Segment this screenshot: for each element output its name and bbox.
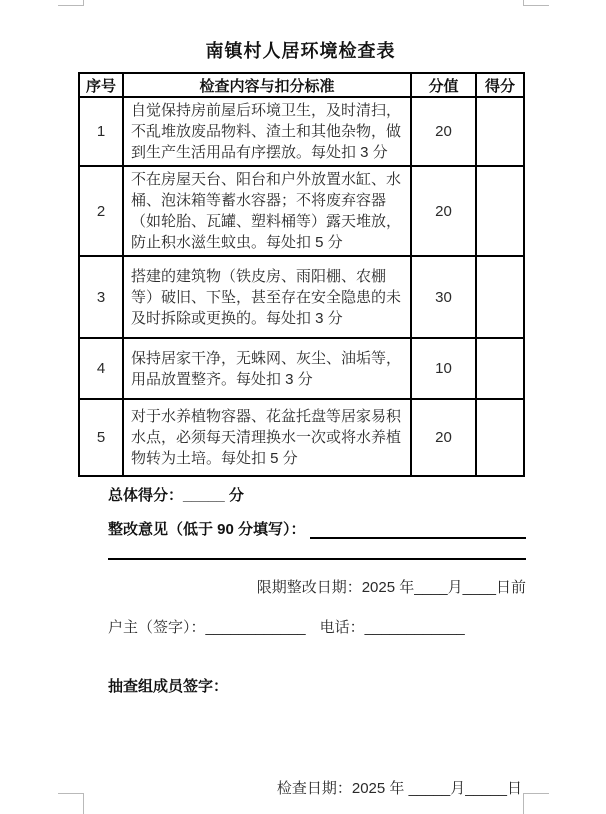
- earned-score-cell: [476, 166, 524, 256]
- overall-score-unit: 分: [225, 487, 244, 504]
- row-number-cell: 1: [79, 97, 123, 166]
- householder-line: 户主（签字）：____________电话：____________: [108, 616, 526, 637]
- header-content: 检查内容与扣分标准: [123, 73, 411, 97]
- crop-mark-top-right: [523, 0, 549, 6]
- criteria-cell: 保持居家干净，无蛛网、灰尘、油垢等，用品放置整齐。每处扣 3 分: [123, 338, 411, 399]
- table-row: 5 对于水养植物容器、花盆托盘等居家易积水点，必须每天清理换水一次或将水养植物转…: [79, 399, 524, 476]
- deadline-line: 限期整改日期：2025 年____月____日前: [108, 576, 526, 597]
- overall-score-line: 总体得分：_____ 分: [108, 484, 526, 505]
- rectification-blank-line-2: [108, 558, 526, 560]
- score-cell: 10: [411, 338, 476, 399]
- inspection-table: 序号 检查内容与扣分标准 分值 得分 1 自觉保持房前屋后环境卫生，及时清扫，不…: [78, 72, 525, 477]
- table-row: 3 搭建的建筑物（铁皮房、雨阳棚、农棚等）破旧、下坠，甚至存在安全隐患的未及时拆…: [79, 256, 524, 338]
- header-score: 分值: [411, 73, 476, 97]
- row-number-cell: 4: [79, 338, 123, 399]
- crop-mark-bottom-left: [58, 793, 84, 814]
- header-no: 序号: [79, 73, 123, 97]
- earned-score-cell: [476, 256, 524, 338]
- criteria-cell: 搭建的建筑物（铁皮房、雨阳棚、农棚等）破旧、下坠，甚至存在安全隐患的未及时拆除或…: [123, 256, 411, 338]
- crop-mark-bottom-right: [523, 793, 549, 814]
- phone-label: 电话：: [320, 619, 365, 636]
- page-title: 南镇村人居环境检查表: [78, 37, 523, 63]
- table-row: 2 不在房屋天台、阳台和户外放置水缸、水桶、泡沫箱等蓄水容器；不将废弃容器（如轮…: [79, 166, 524, 256]
- rectification-line: 整改意见（低于 90 分填写）：: [108, 518, 526, 539]
- score-cell: 20: [411, 166, 476, 256]
- rectification-label: 整改意见（低于 90 分填写）：: [108, 518, 306, 539]
- footer-section: 总体得分：_____ 分 整改意见（低于 90 分填写）： 限期整改日期：202…: [108, 484, 526, 798]
- document-page: { "page": { "title": "南镇村人居环境检查表" }, "ta…: [0, 0, 606, 814]
- criteria-cell: 自觉保持房前屋后环境卫生，及时清扫，不乱堆放废品物料、渣土和其他杂物，做到生产生…: [123, 97, 411, 166]
- table-header-row: 序号 检查内容与扣分标准 分值 得分: [79, 73, 524, 97]
- earned-score-cell: [476, 97, 524, 166]
- phone-blank: ____________: [365, 619, 465, 636]
- row-number-cell: 2: [79, 166, 123, 256]
- inspection-team-sign-label: 抽查组成员签字：: [108, 675, 526, 696]
- row-number-cell: 5: [79, 399, 123, 476]
- crop-mark-top-left: [58, 0, 84, 6]
- table-row: 1 自觉保持房前屋后环境卫生，及时清扫，不乱堆放废品物料、渣土和其他杂物，做到生…: [79, 97, 524, 166]
- householder-label: 户主（签字）：: [108, 619, 206, 636]
- earned-score-cell: [476, 399, 524, 476]
- inspection-date-line: 检查日期：2025 年 _____月_____日: [108, 777, 526, 798]
- score-cell: 30: [411, 256, 476, 338]
- score-cell: 20: [411, 97, 476, 166]
- earned-score-cell: [476, 338, 524, 399]
- table-row: 4 保持居家干净，无蛛网、灰尘、油垢等，用品放置整齐。每处扣 3 分 10: [79, 338, 524, 399]
- overall-score-blank: _____: [183, 487, 225, 504]
- score-cell: 20: [411, 399, 476, 476]
- criteria-cell: 对于水养植物容器、花盆托盘等居家易积水点，必须每天清理换水一次或将水养植物转为土…: [123, 399, 411, 476]
- criteria-cell: 不在房屋天台、阳台和户外放置水缸、水桶、泡沫箱等蓄水容器；不将废弃容器（如轮胎、…: [123, 166, 411, 256]
- rectification-blank-line: [310, 522, 526, 539]
- header-earned: 得分: [476, 73, 524, 97]
- overall-score-label: 总体得分：: [108, 487, 183, 504]
- householder-signature-blank: ____________: [206, 619, 306, 636]
- row-number-cell: 3: [79, 256, 123, 338]
